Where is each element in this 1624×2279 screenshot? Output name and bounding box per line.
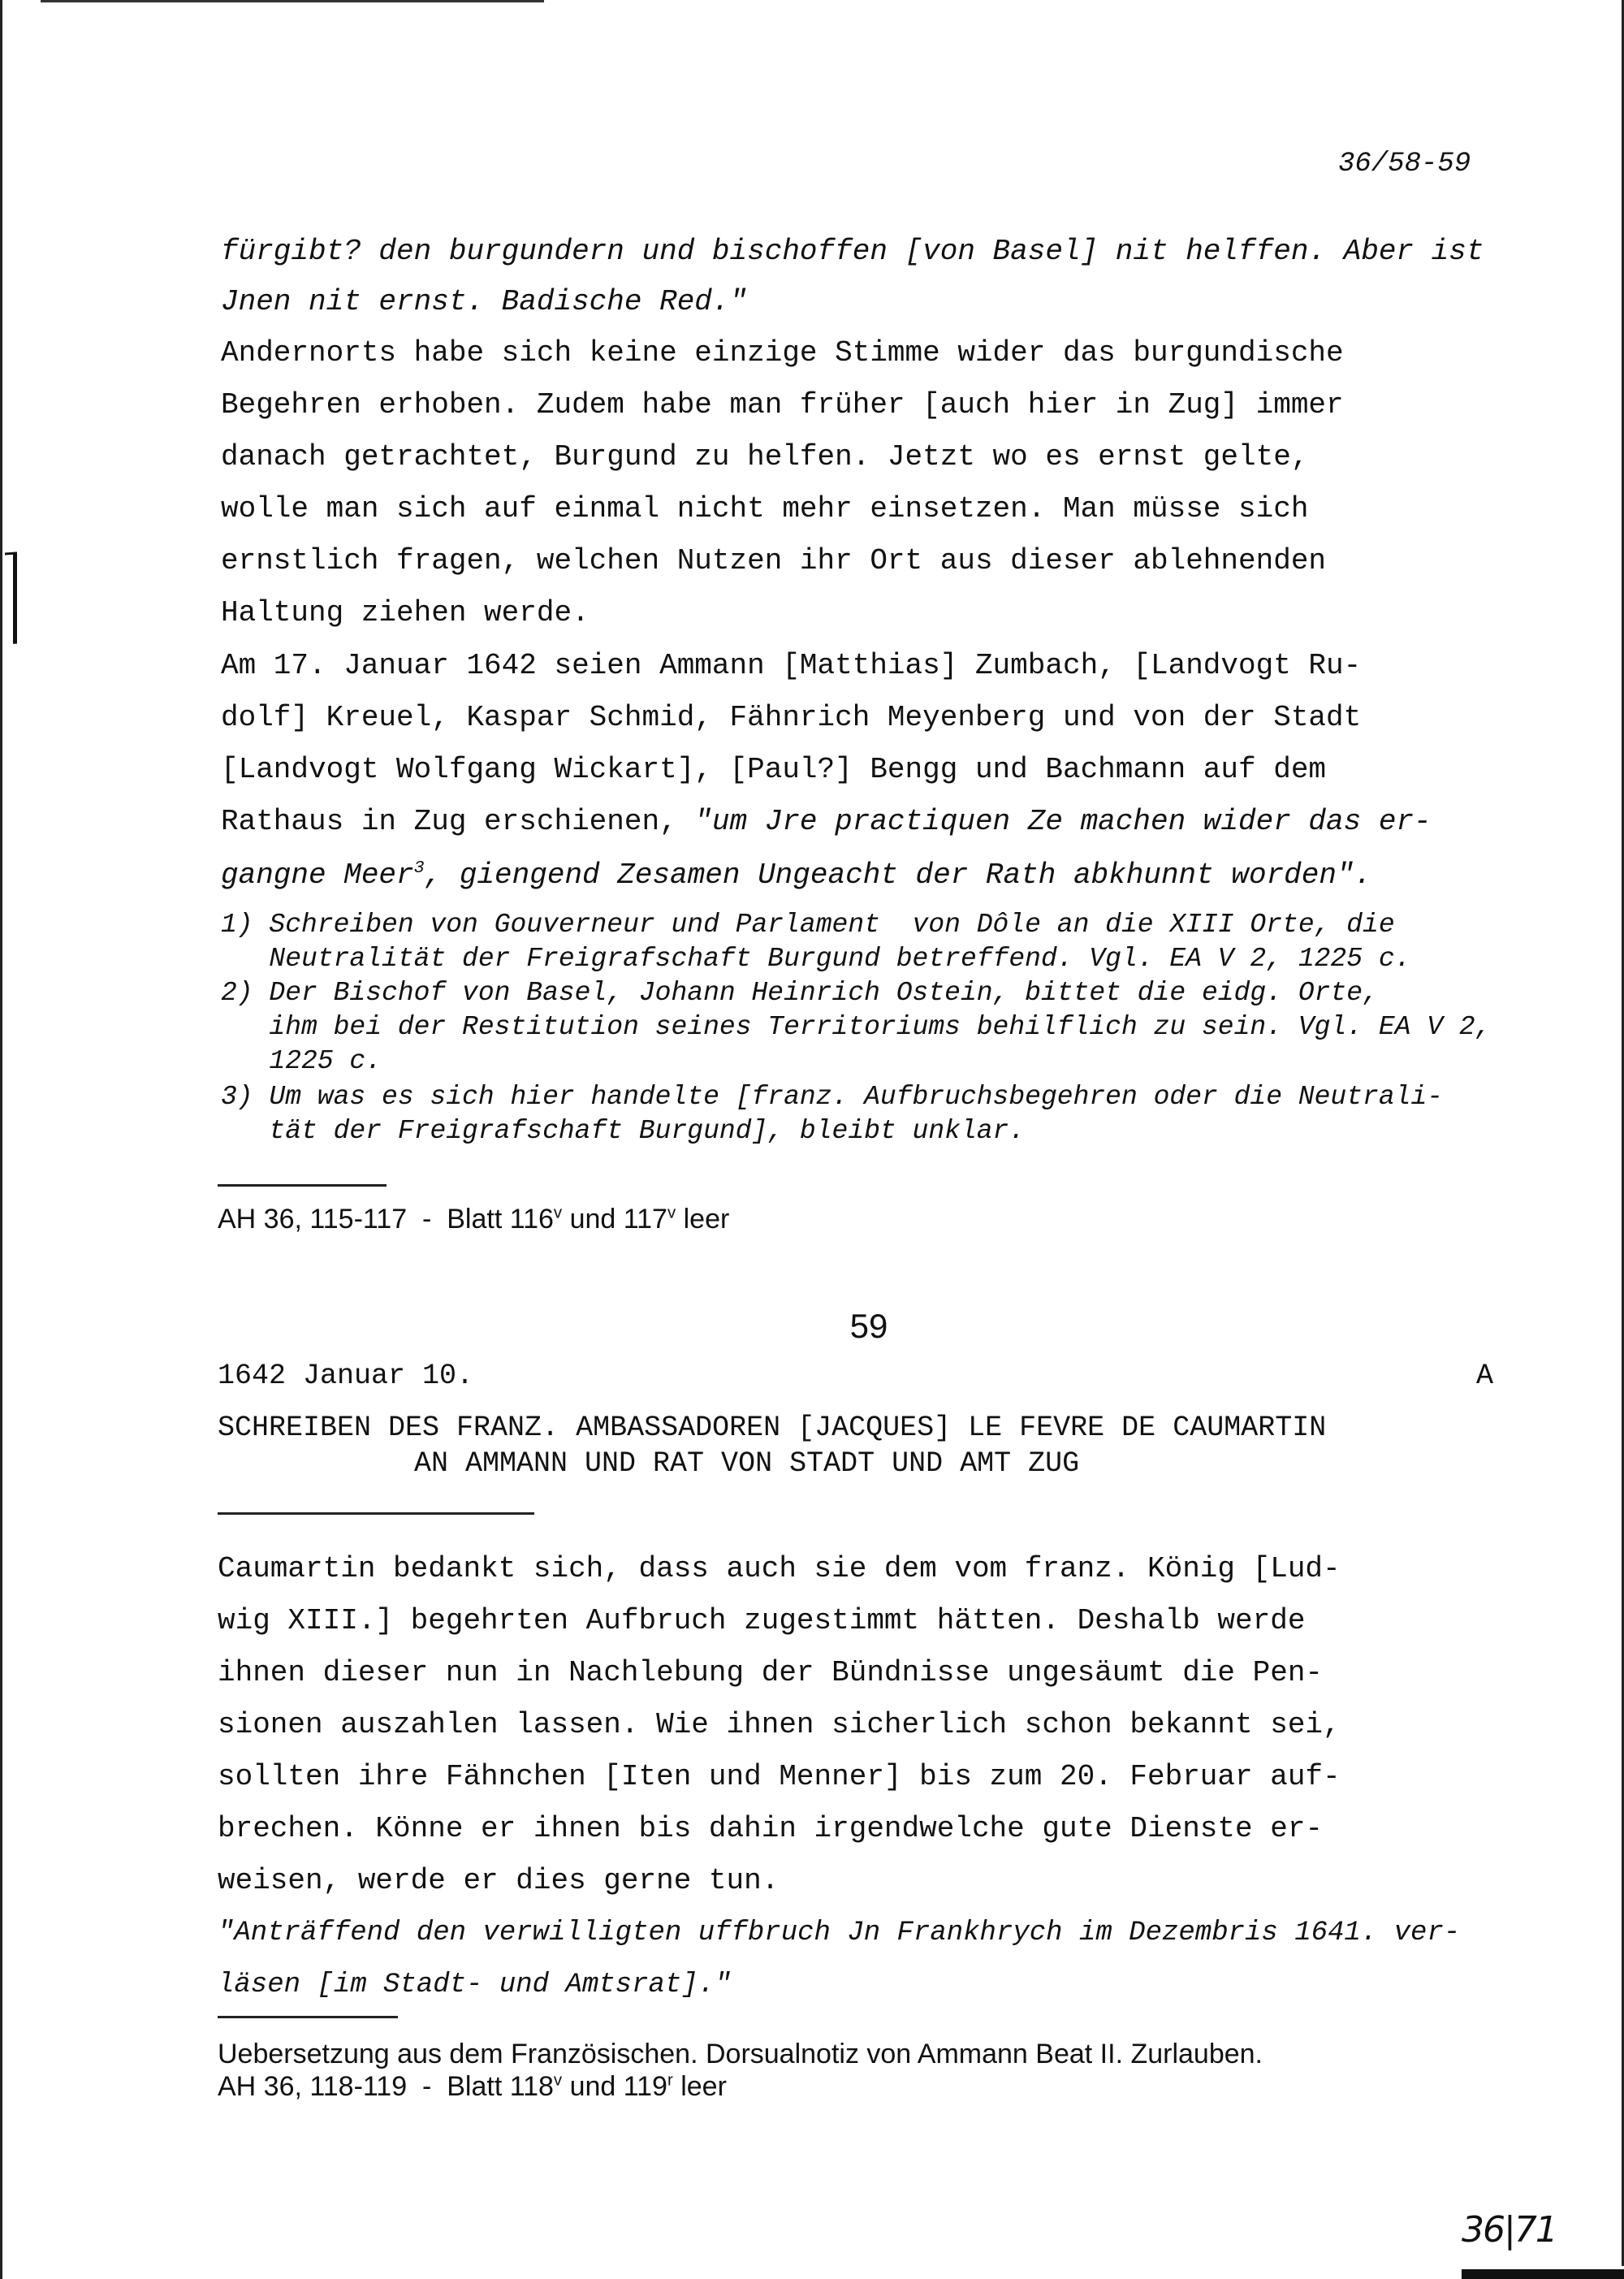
source-text: AH 36, 118-119 - Blatt 118 bbox=[218, 2071, 554, 2102]
divider-rule bbox=[218, 1184, 387, 1187]
body-line: weisen, werde er dies gerne tun. bbox=[218, 1865, 779, 1897]
footnote-marker: 3 bbox=[414, 858, 425, 878]
document-title: SCHREIBEN DES FRANZ. AMBASSADOREN [JACQU… bbox=[218, 1412, 1326, 1444]
body-line: Haltung ziehen werde. bbox=[221, 597, 590, 629]
document-number: 59 bbox=[812, 1308, 926, 1345]
footnote-line: 1225 c. bbox=[221, 1046, 382, 1077]
source-text: und 117 bbox=[562, 1204, 667, 1235]
document-title: AN AMMANN UND RAT VON STADT UND AMT ZUG bbox=[414, 1447, 1079, 1480]
divider-rule bbox=[218, 1512, 534, 1515]
quote-line: Jnen nit ernst. Badische Red." bbox=[221, 286, 747, 318]
body-line: wig XIII.] begehrten Aufbruch zugestimmt… bbox=[218, 1605, 1305, 1637]
scan-border-left bbox=[0, 0, 2, 2279]
body-line: Rathaus in Zug erschienen, "um Jre pract… bbox=[221, 806, 1432, 838]
dorsal-quote-line: "Anträffend den verwilligten uffbruch Jn… bbox=[218, 1917, 1460, 1949]
source-text: AH 36, 115-117 - Blatt 116 bbox=[218, 1204, 554, 1235]
quote-line: gangne Meer3, giengend Zesamen Ungeacht … bbox=[221, 859, 1371, 892]
body-line: [Landvogt Wolfgang Wickart], [Paul?] Ben… bbox=[221, 754, 1326, 786]
handwritten-folio-number: 36|71 bbox=[1462, 2209, 1557, 2251]
translation-note: Uebersetzung aus dem Französischen. Dors… bbox=[218, 2039, 1263, 2069]
body-line: Andernorts habe sich keine einzige Stimm… bbox=[221, 337, 1344, 370]
superscript: r bbox=[667, 2072, 673, 2090]
scan-border-bottom bbox=[1462, 2269, 1624, 2279]
source-text: und 119 bbox=[562, 2071, 667, 2102]
source-text: leer bbox=[673, 2071, 727, 2102]
document-type-letter: A bbox=[1476, 1360, 1493, 1392]
document-page: 36/58-59 fürgibt? den burgundern und bis… bbox=[0, 0, 1624, 2279]
footnote-line: tät der Freigrafschaft Burgund], bleibt … bbox=[221, 1116, 1025, 1147]
footnote-line: 2) Der Bischof von Basel, Johann Heinric… bbox=[221, 978, 1379, 1009]
quote-text: , giengend Zesamen Ungeacht der Rath abk… bbox=[425, 858, 1372, 892]
body-line: Caumartin bedankt sich, dass auch sie de… bbox=[218, 1553, 1341, 1585]
scan-border-top bbox=[41, 0, 544, 2]
footnote-line: ihm bei der Restitution seines Territori… bbox=[221, 1012, 1491, 1043]
footnote-line: 3) Um was es sich hier handelte [franz. … bbox=[221, 1082, 1443, 1113]
document-date: 1642 Januar 10. bbox=[218, 1360, 473, 1392]
source-text: leer bbox=[676, 1204, 729, 1235]
source-note: AH 36, 118-119 - Blatt 118v und 119r lee… bbox=[218, 2071, 727, 2102]
body-line: Begehren erhoben. Zudem habe man früher … bbox=[221, 389, 1344, 422]
margin-bracket-mark bbox=[5, 551, 17, 644]
body-line: dolf] Kreuel, Kaspar Schmid, Fähnrich Me… bbox=[221, 702, 1361, 734]
source-note: AH 36, 115-117 - Blatt 116v und 117v lee… bbox=[218, 1204, 729, 1235]
body-line: ihnen dieser nun in Nachlebung der Bündn… bbox=[218, 1657, 1323, 1689]
body-line: wolle man sich auf einmal nicht mehr ein… bbox=[221, 493, 1308, 525]
body-line: ernstlich fragen, welchen Nutzen ihr Ort… bbox=[221, 545, 1326, 577]
page-reference: 36/58-59 bbox=[1338, 148, 1471, 180]
body-line: sionen auszahlen lassen. Wie ihnen siche… bbox=[218, 1709, 1341, 1741]
quote-text: gangne Meer bbox=[221, 858, 414, 892]
superscript: v bbox=[554, 1204, 562, 1222]
dorsal-quote-line: läsen [im Stadt- und Amtsrat]." bbox=[218, 1969, 732, 2001]
body-line: danach getrachtet, Burgund zu helfen. Je… bbox=[221, 441, 1308, 474]
footnote-line: 1) Schreiben von Gouverneur und Parlamen… bbox=[221, 910, 1395, 941]
quote-line: fürgibt? den burgundern und bischoffen [… bbox=[221, 236, 1484, 268]
body-line: sollten ihre Fähnchen [Iten und Menner] … bbox=[218, 1761, 1341, 1793]
footnote-line: Neutralität der Freigrafschaft Burgund b… bbox=[221, 944, 1410, 975]
body-line: Am 17. Januar 1642 seien Ammann [Matthia… bbox=[221, 650, 1361, 682]
body-line: brechen. Könne er ihnen bis dahin irgend… bbox=[218, 1813, 1323, 1845]
body-text: Rathaus in Zug erschienen, bbox=[221, 805, 694, 838]
quote-text: "um Jre practiquen Ze machen wider das e… bbox=[694, 805, 1431, 838]
superscript: v bbox=[554, 2072, 562, 2090]
superscript: v bbox=[667, 1204, 676, 1222]
divider-rule bbox=[218, 2016, 398, 2018]
